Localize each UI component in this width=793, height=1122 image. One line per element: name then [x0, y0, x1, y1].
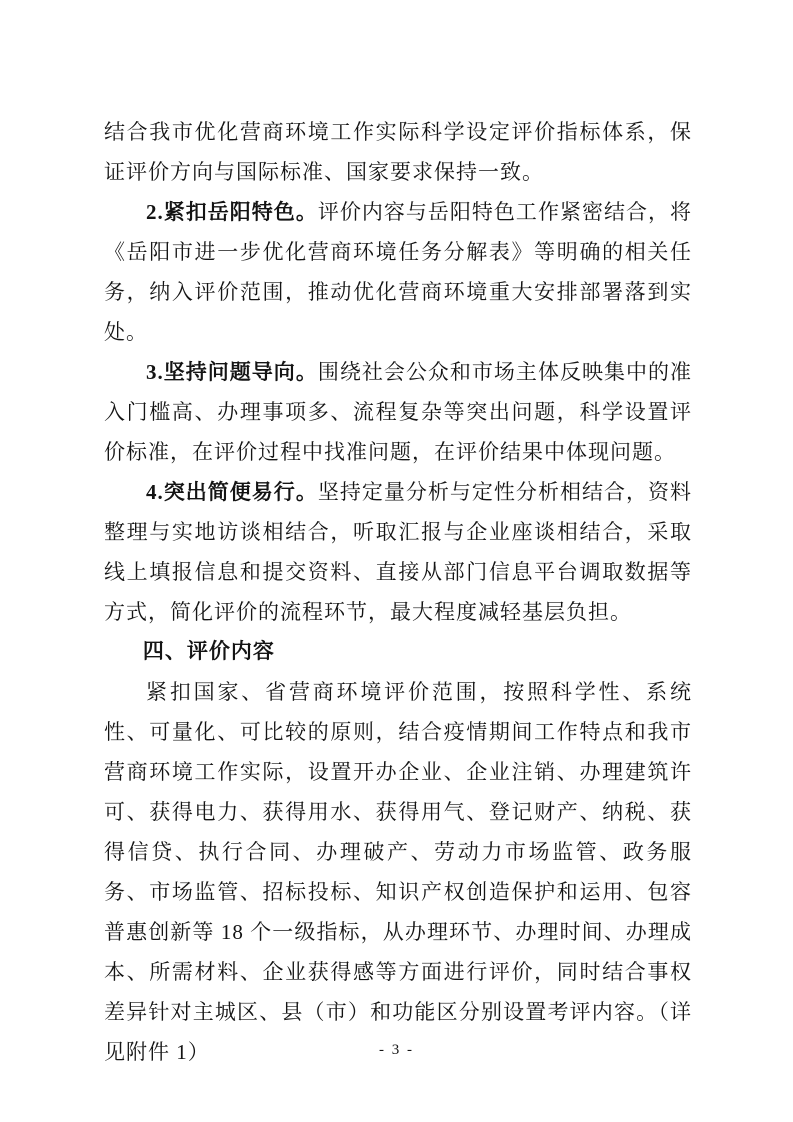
document-page: 结合我市优化营商环境工作实际科学设定评价指标体系，保证评价方向与国际标准、国家要…	[0, 0, 793, 1122]
section-heading-evaluation-content: 四、评价内容	[104, 632, 692, 672]
paragraph-item-4: 4.突出简便易行。坚持定量分析与定性分析相结合，资料整理与实地访谈相结合，听取汇…	[104, 472, 692, 632]
paragraph-evaluation-content: 紧扣国家、省营商环境评价范围，按照科学性、系统性、可量化、可比较的原则，结合疫情…	[104, 672, 692, 1072]
paragraph-item-2: 2.紧扣岳阳特色。评价内容与岳阳特色工作紧密结合，将《岳阳市进一步优化营商环境任…	[104, 192, 692, 352]
paragraph-item-2-lead: 2.紧扣岳阳特色。	[146, 200, 318, 224]
paragraph-item-3-lead: 3.坚持问题导向。	[146, 360, 318, 384]
document-body: 结合我市优化营商环境工作实际科学设定评价指标体系，保证评价方向与国际标准、国家要…	[104, 112, 692, 1072]
page-number: - 3 -	[0, 1040, 793, 1060]
paragraph-continuation: 结合我市优化营商环境工作实际科学设定评价指标体系，保证评价方向与国际标准、国家要…	[104, 112, 692, 192]
paragraph-item-4-lead: 4.突出简便易行。	[146, 480, 318, 504]
paragraph-item-3: 3.坚持问题导向。围绕社会公众和市场主体反映集中的准入门槛高、办理事项多、流程复…	[104, 352, 692, 472]
